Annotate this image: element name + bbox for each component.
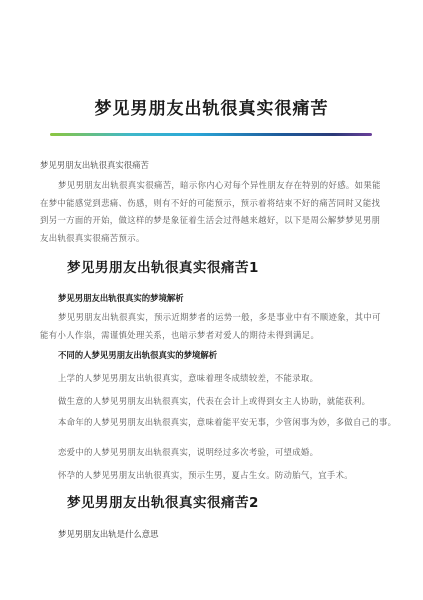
intro-paragraph: 梦见男朋友出轨很真实很痛苦，暗示你内心对每个异性朋友存在特别的好感。如果能在梦中… <box>40 177 385 247</box>
subsection-heading-different-people: 不同的人梦见男朋友出轨很真实的梦境解析 <box>58 349 217 361</box>
line-zodiac-year: 本命年的人梦见男朋友出轨很真实，意味着能平安无事，少管闲事为妙，多做自己的事。 <box>58 416 396 428</box>
section-heading-2: 梦见男朋友出轨很真实很痛苦2 <box>67 491 259 511</box>
line-business: 做生意的人梦见男朋友出轨很真实，代表在会计上或得到女主人协助，就能获利。 <box>58 395 370 407</box>
subsection-heading-dream-analysis: 梦见男朋友出轨很真实的梦境解析 <box>58 292 184 304</box>
section-heading-1: 梦见男朋友出轨很真实很痛苦1 <box>67 256 259 276</box>
intro-label: 梦见男朋友出轨很真实很痛苦 <box>40 157 385 175</box>
line-in-love: 恋爱中的人梦见男朋友出轨很真实，说明经过多次考验，可望成婚。 <box>58 446 318 458</box>
dream-analysis-paragraph: 梦见男朋友出轨很真实，预示近期梦者的运势一般，多是事业中有不顺迹象，其中可能有小… <box>40 309 385 344</box>
page-title: 梦见男朋友出轨很真实很痛苦 <box>0 94 423 119</box>
line-student: 上学的人梦见男朋友出轨很真实，意味着理冬成绩较差，不能录取。 <box>58 372 318 384</box>
subsection-heading-meaning: 梦见男朋友出轨是什么意思 <box>58 528 159 540</box>
title-divider <box>50 133 372 136</box>
line-pregnant: 怀孕的人梦见男朋友出轨很真实，预示生男，夏占生女。防动胎气，宜手术。 <box>58 469 353 481</box>
